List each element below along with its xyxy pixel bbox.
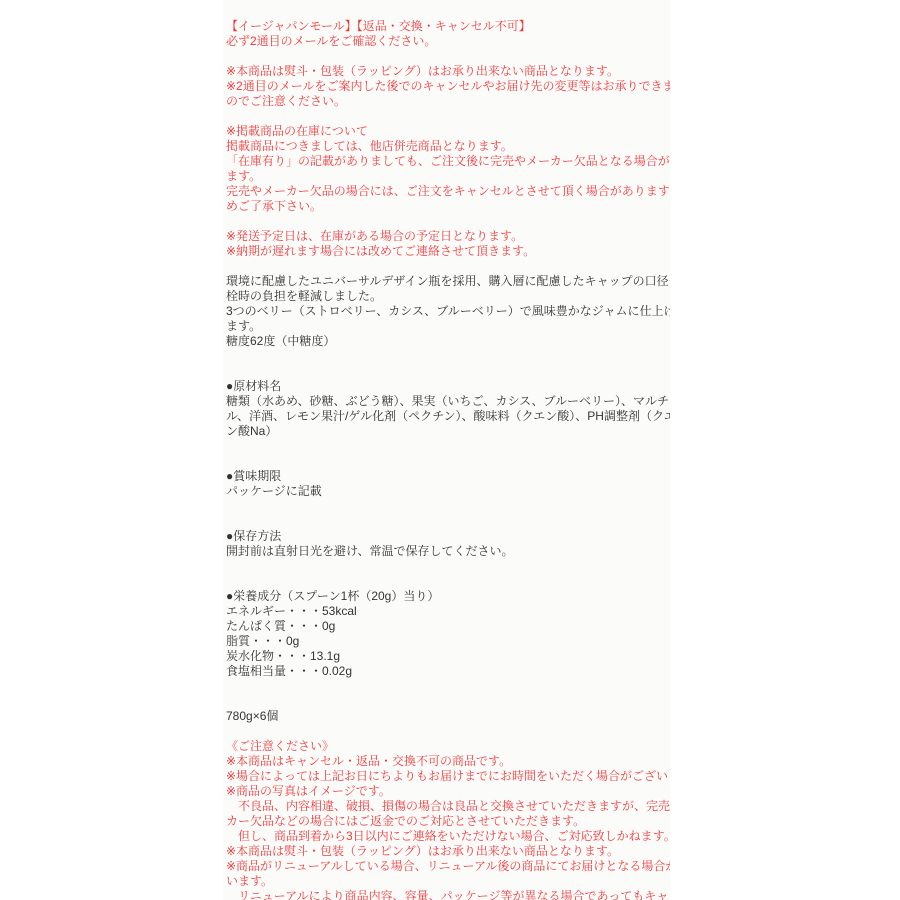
section-best-before: ●賞味期限パッケージに記載 [226,439,667,499]
text-line: エネルギー・・・53kcal [226,604,667,619]
text-line: 糖度62度（中糖度） [226,334,667,349]
blank-line [226,349,667,364]
section-stock-notice: ※掲載商品の在庫について掲載商品につきましては、他店併売商品となります。「在庫有… [226,109,667,214]
text-line: リニューアルにより商品内容、容量、パッケージ等が異なる場合であってもキャンセル [226,889,667,900]
blank-line [226,724,667,739]
text-line: ●保存方法 [226,529,667,544]
text-line: 「在庫有り」の記載がありましても、ご注文後に完売やメーカー欠品となる場合がござい [226,154,667,169]
text-line: 掲載商品につきましては、他店併売商品となります。 [226,139,667,154]
text-line: ●栄養成分（スプーン1杯（20g）当り） [226,589,667,604]
section-nutrition: ●栄養成分（スプーン1杯（20g）当り）エネルギー・・・53kcalたんぱく質・… [226,559,667,679]
text-line: 炭水化物・・・13.1g [226,649,667,664]
text-line: のでご注意ください。 [226,94,667,109]
text-line: 3つのベリー（ストロベリー、カシス、ブルーベリー）で風味豊かなジャムに仕上げてい [226,304,667,319]
blank-line [226,439,667,454]
text-line: ※2通目のメールをご案内した後でのキャンセルやお届け先の変更等はお承りできません [226,79,667,94]
blank-line [226,454,667,469]
text-line: めご了承下さい。 [226,199,667,214]
text-line: 脂質・・・0g [226,634,667,649]
section-mall-header-notice: 【イージャパンモール】【返品・交換・キャンセル不可】必ず2通目のメールをご確認く… [226,19,667,109]
section-ingredients: ●原材料名糖類（水あめ、砂糖、ぶどう糖）、果実（いちご、カシス、ブルーベリー）、… [226,349,667,439]
blank-line [226,109,667,124]
text-line: 開封前は直射日光を避け、常温で保存してください。 [226,544,667,559]
blank-line [226,499,667,514]
text-line: パッケージに記載 [226,484,667,499]
page-canvas: 【イージャパンモール】【返品・交換・キャンセル不可】必ず2通目のメールをご確認く… [0,0,900,900]
text-line: ※本商品は熨斗・包装（ラッピング）はお承り出来ない商品となります。 [226,64,667,79]
section-product-features: 環境に配慮したユニバーサルデザイン瓶を採用、購入層に配慮したキャップの口径により… [226,259,667,349]
blank-line [226,574,667,589]
section-storage: ●保存方法開封前は直射日光を避け、常温で保存してください。 [226,499,667,559]
text-line: 【イージャパンモール】【返品・交換・キャンセル不可】 [226,19,667,34]
blank-line [226,679,667,694]
text-line: ●原材料名 [226,379,667,394]
text-line: ます。 [226,319,667,334]
text-line: 糖類（水あめ、砂糖、ぶどう糖）、果実（いちご、カシス、ブルーベリー）、マルチトー [226,394,667,409]
blank-line [226,694,667,709]
text-line: 《ご注意ください》 [226,739,667,754]
text-line: ます。 [226,169,667,184]
text-line: います。 [226,874,667,889]
text-line: ※掲載商品の在庫について [226,124,667,139]
section-caution-notice: 《ご注意ください》※本商品はキャンセル・返品・交換不可の商品です。※場合によって… [226,724,667,900]
text-line: ン酸Na） [226,424,667,439]
text-line: 食塩相当量・・・0.02g [226,664,667,679]
text-line: 780g×6個 [226,709,667,724]
text-line: ※本商品は熨斗・包装（ラッピング）はお承り出来ない商品となります。 [226,844,667,859]
text-line: ●賞味期限 [226,469,667,484]
blank-line [226,49,667,64]
text-line: ※場合によっては上記お日にちよりもお届けまでにお時間をいただく場合がございます。 [226,769,667,784]
text-line: ル、洋酒、レモン果汁/ゲル化剤（ペクチン）、酸味料（クエン酸）、PH調整剤（クエ [226,409,667,424]
blank-line [226,514,667,529]
blank-line [226,214,667,229]
section-package-size: 780g×6個 [226,679,667,724]
text-line: 完売やメーカー欠品の場合には、ご注文をキャンセルとさせて頂く場合がありますので予 [226,184,667,199]
text-line: 栓時の負担を軽減しました。 [226,289,667,304]
text-line: カー欠品などの場合にはご返金でのご対応とさせていただきます。 [226,814,667,829]
text-line: ※納期が遅れます場合には改めてご連絡させて頂きます。 [226,244,667,259]
text-line: 環境に配慮したユニバーサルデザイン瓶を採用、購入層に配慮したキャップの口径により… [226,274,667,289]
text-line: 不良品、内容相違、破損、損傷の場合は良品と交換させていただきますが、完売やメー [226,799,667,814]
text-line: ※本商品はキャンセル・返品・交換不可の商品です。 [226,754,667,769]
text-line: ※発送予定日は、在庫がある場合の予定日となります。 [226,229,667,244]
blank-line [226,364,667,379]
text-line: ※商品の写真はイメージです。 [226,784,667,799]
section-shipping-notice: ※発送予定日は、在庫がある場合の予定日となります。※納期が遅れます場合には改めて… [226,214,667,259]
blank-line [226,259,667,274]
product-description: 【イージャパンモール】【返品・交換・キャンセル不可】必ず2通目のメールをご確認く… [223,0,670,900]
text-line: たんぱく質・・・0g [226,619,667,634]
text-line: ※商品がリニューアルしている場合、リニューアル後の商品にてお届けとなる場合がござ [226,859,667,874]
text-line: 但し、商品到着から3日以内にご連絡をいただけない場合、ご対応致しかねます。 [226,829,667,844]
blank-line [226,559,667,574]
text-line: 必ず2通目のメールをご確認ください。 [226,34,667,49]
